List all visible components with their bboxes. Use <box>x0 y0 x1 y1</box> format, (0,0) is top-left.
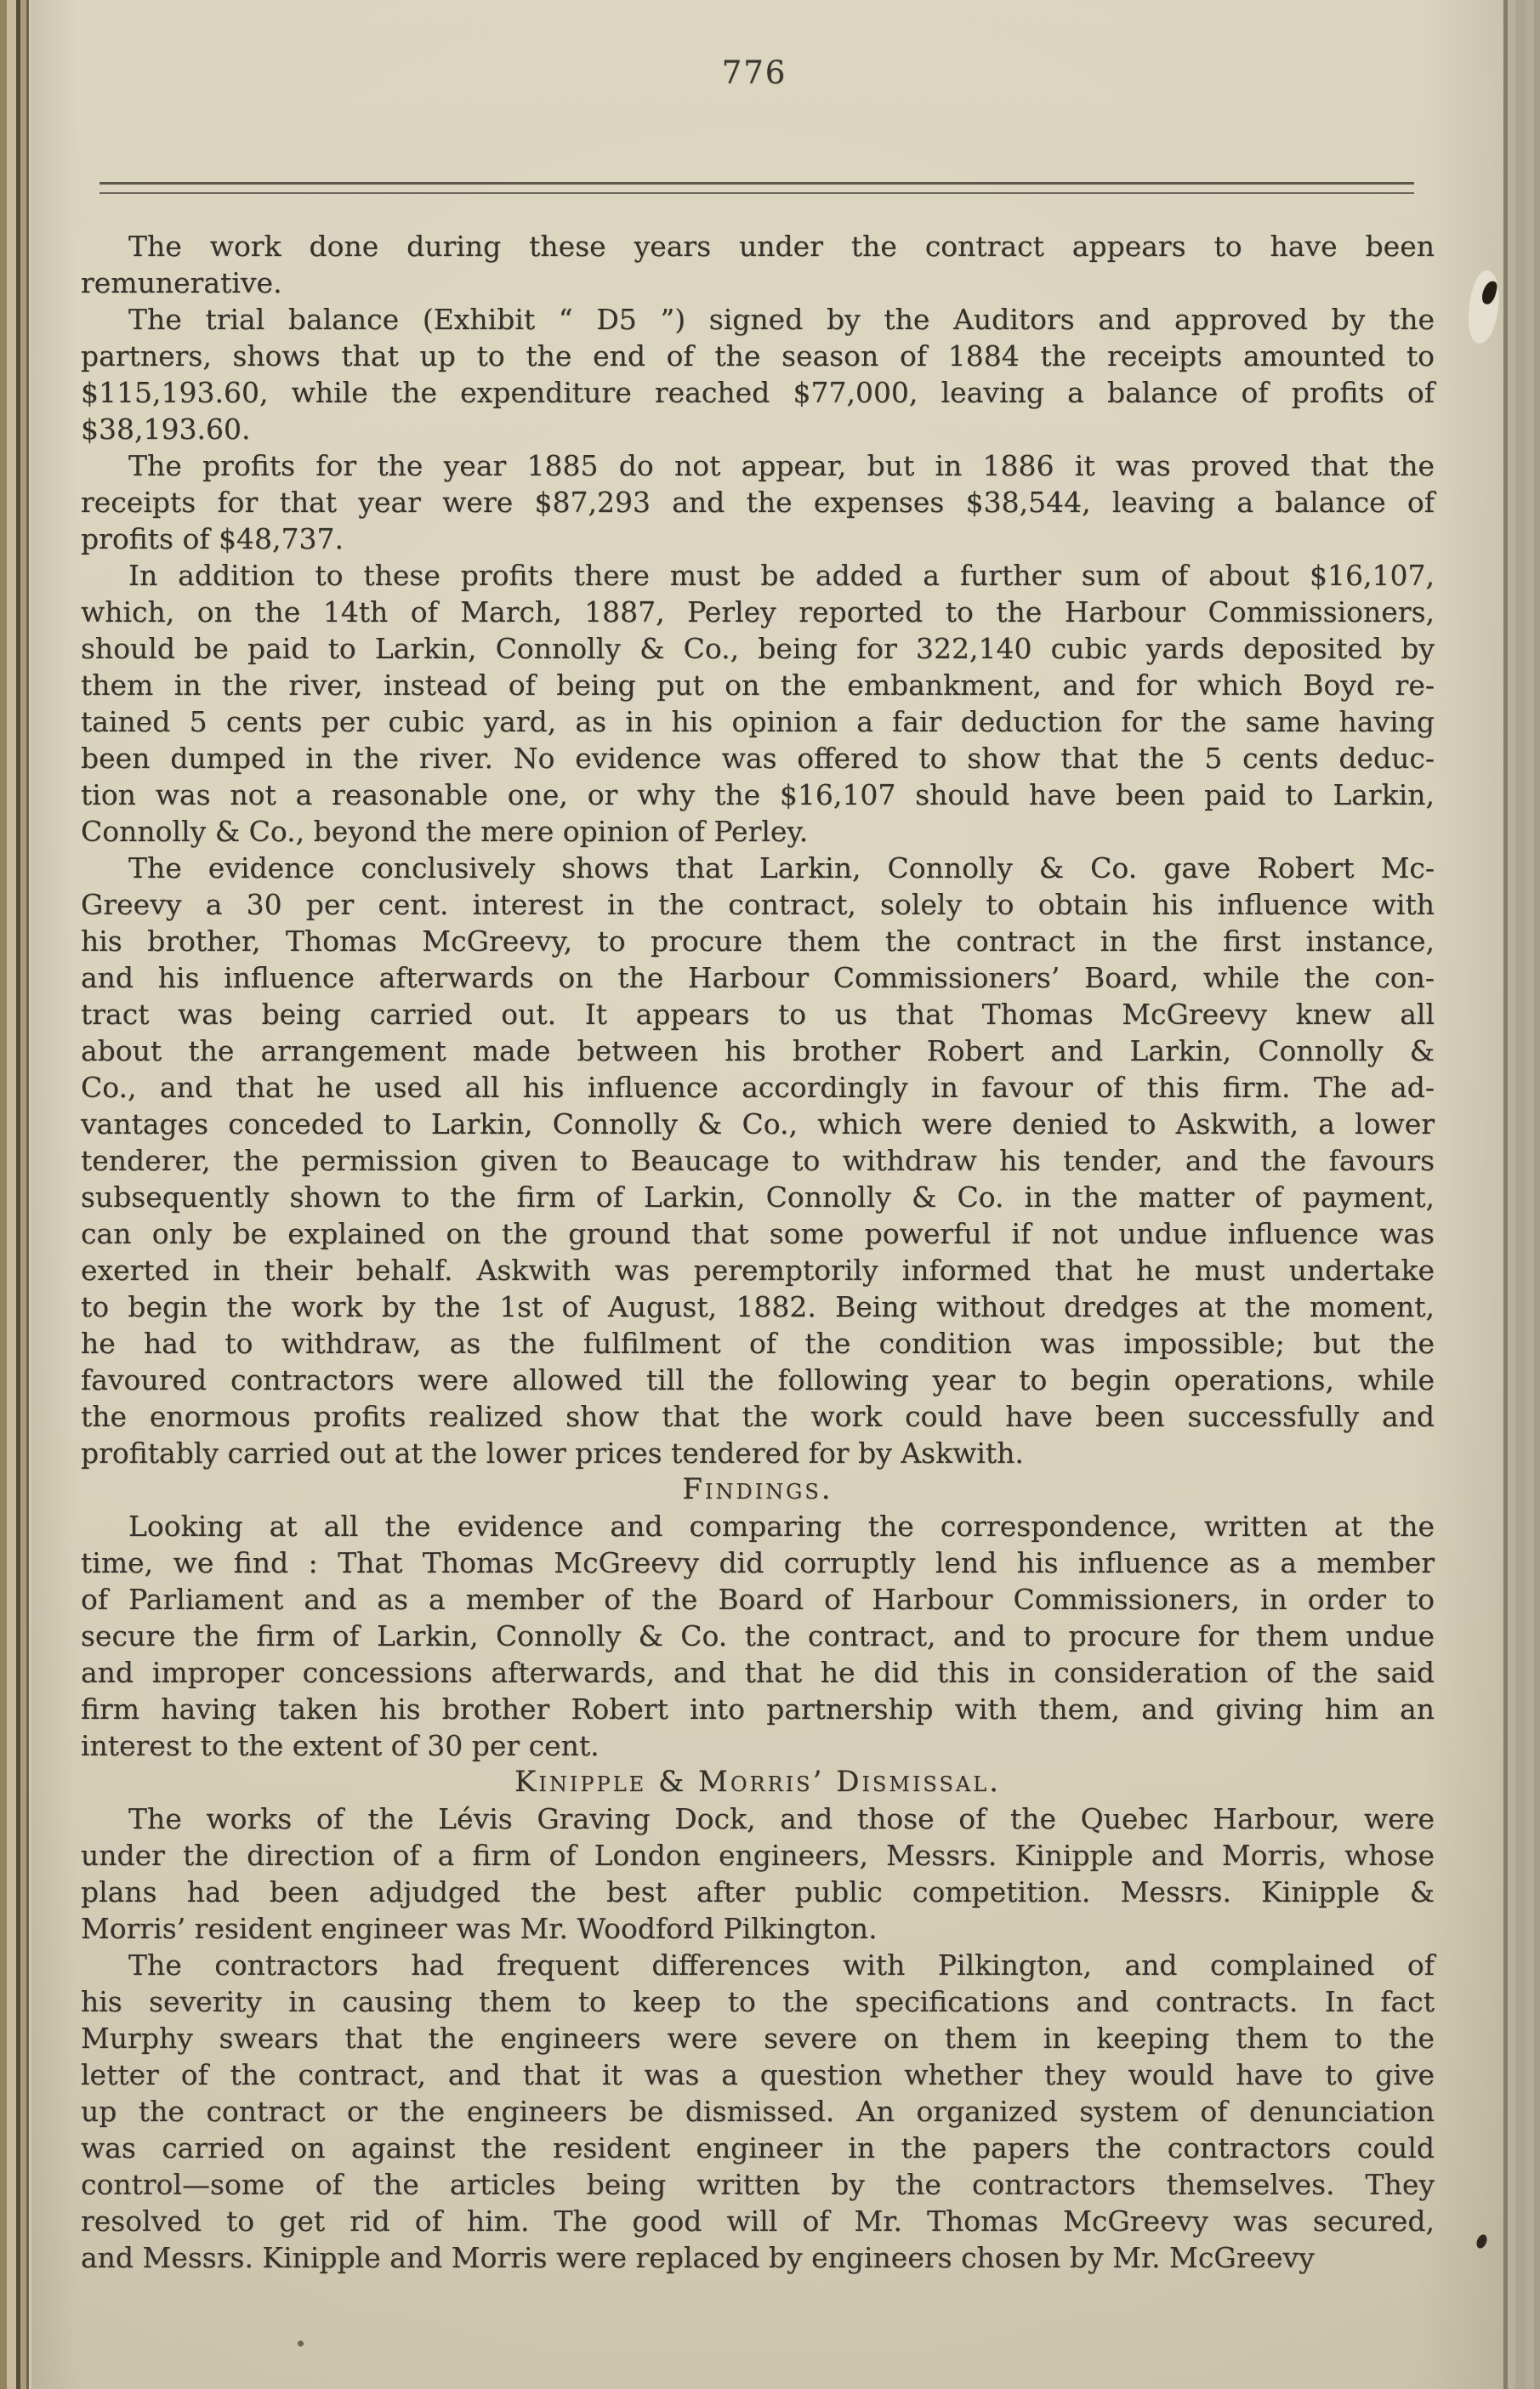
text-line: The work done during these years under t… <box>81 228 1435 264</box>
text-line: Connolly & Co., beyond the mere opinion … <box>81 813 1435 850</box>
text-line: was carried on against the resident engi… <box>81 2130 1435 2166</box>
text-line: remunerative. <box>81 264 1435 301</box>
header-double-rule <box>99 182 1414 194</box>
section-heading: Findings. <box>81 1471 1435 1508</box>
text-line: can only be explained on the ground that… <box>81 1215 1435 1252</box>
text-line: profits of $48,737. <box>81 520 1435 557</box>
text-line: Murphy swears that the engineers were se… <box>81 2020 1435 2056</box>
text-line: secure the firm of Larkin, Connolly & Co… <box>81 1618 1435 1654</box>
text-line: control—some of the articles being writt… <box>81 2166 1435 2203</box>
paragraph: The profits for the year 1885 do not app… <box>81 447 1435 557</box>
text-line: plans had been adjudged the best after p… <box>81 1874 1435 1910</box>
text-line: The trial balance (Exhibit “ D5 ”) signe… <box>81 301 1435 338</box>
paragraph: In addition to these profits there must … <box>81 557 1435 850</box>
page-stack-edge <box>1503 0 1540 2389</box>
text-line: should be paid to Larkin, Connolly & Co.… <box>81 630 1435 667</box>
page-number: 776 <box>0 54 1509 91</box>
text-line: resolved to get rid of him. The good wil… <box>81 2203 1435 2239</box>
section-heading: Kinipple & Morris’ Dismissal. <box>81 1764 1435 1800</box>
text-line: Morris’ resident engineer was Mr. Woodfo… <box>81 1910 1435 1947</box>
text-line: the enormous profits realized show that … <box>81 1398 1435 1435</box>
paragraph: The contractors had frequent differences… <box>81 1947 1435 2276</box>
paragraph: The evidence conclusively shows that Lar… <box>81 850 1435 1471</box>
text-line: and Messrs. Kinipple and Morris were rep… <box>81 2239 1435 2276</box>
text-line: exerted in their behalf. Askwith was per… <box>81 1252 1435 1288</box>
text-line: $38,193.60. <box>81 411 1435 447</box>
text-line: The profits for the year 1885 do not app… <box>81 447 1435 484</box>
book-page: 776 The work done during these years und… <box>0 0 1540 2389</box>
text-line: and improper concessions afterwards, and… <box>81 1654 1435 1691</box>
text-line: up the contract or the engineers be dism… <box>81 2093 1435 2130</box>
text-line: tained 5 cents per cubic yard, as in his… <box>81 703 1435 740</box>
text-line: profitably carried out at the lower pric… <box>81 1435 1435 1471</box>
text-line: he had to withdraw, as the fulfilment of… <box>81 1325 1435 1362</box>
page-body: The work done during these years under t… <box>81 228 1435 2276</box>
text-line: Looking at all the evidence and comparin… <box>81 1508 1435 1544</box>
text-line: which, on the 14th of March, 1887, Perle… <box>81 594 1435 630</box>
text-line: and his influence afterwards on the Harb… <box>81 959 1435 996</box>
text-line: to begin the work by the 1st of August, … <box>81 1288 1435 1325</box>
text-line: partners, shows that up to the end of th… <box>81 338 1435 374</box>
text-line: subsequently shown to the firm of Larkin… <box>81 1179 1435 1215</box>
text-line: about the arrangement made between his b… <box>81 1032 1435 1069</box>
text-line: interest to the extent of 30 per cent. <box>81 1727 1435 1764</box>
text-line: Co., and that he used all his influence … <box>81 1069 1435 1106</box>
text-line: his severity in causing them to keep to … <box>81 1983 1435 2020</box>
paragraph: Looking at all the evidence and comparin… <box>81 1508 1435 1764</box>
ink-speck-artifact <box>1475 2233 1489 2250</box>
text-line: favoured contractors were allowed till t… <box>81 1362 1435 1398</box>
text-line: been dumped in the river. No evidence wa… <box>81 740 1435 776</box>
text-line: The works of the Lévis Graving Dock, and… <box>81 1800 1435 1837</box>
paragraph: The works of the Lévis Graving Dock, and… <box>81 1800 1435 1947</box>
text-line: The contractors had frequent differences… <box>81 1947 1435 1983</box>
text-line: firm having taken his brother Robert int… <box>81 1691 1435 1727</box>
text-line: tion was not a reasonable one, or why th… <box>81 776 1435 813</box>
text-line: $115,193.60, while the expenditure reach… <box>81 374 1435 411</box>
text-line: Greevy a 30 per cent. interest in the co… <box>81 886 1435 923</box>
text-line: them in the river, instead of being put … <box>81 667 1435 703</box>
text-line: tenderer, the permission given to Beauca… <box>81 1142 1435 1179</box>
text-line: time, we find : That Thomas McGreevy did… <box>81 1544 1435 1581</box>
text-line: of Parliament and as a member of the Boa… <box>81 1581 1435 1618</box>
text-line: In addition to these profits there must … <box>81 557 1435 594</box>
text-line: under the direction of a firm of London … <box>81 1837 1435 1874</box>
paper-chip-artifact <box>1464 269 1503 345</box>
text-line: receipts for that year were $87,293 and … <box>81 484 1435 520</box>
book-binding-edge <box>0 0 31 2389</box>
text-line: vantages conceded to Larkin, Connolly & … <box>81 1106 1435 1142</box>
text-line: The evidence conclusively shows that Lar… <box>81 850 1435 886</box>
paragraph: The trial balance (Exhibit “ D5 ”) signe… <box>81 301 1435 447</box>
paragraph: The work done during these years under t… <box>81 228 1435 301</box>
text-line: tract was being carried out. It appears … <box>81 996 1435 1032</box>
ink-speck-artifact <box>298 2341 304 2346</box>
text-line: letter of the contract, and that it was … <box>81 2056 1435 2093</box>
text-line: his brother, Thomas McGreevy, to procure… <box>81 923 1435 959</box>
